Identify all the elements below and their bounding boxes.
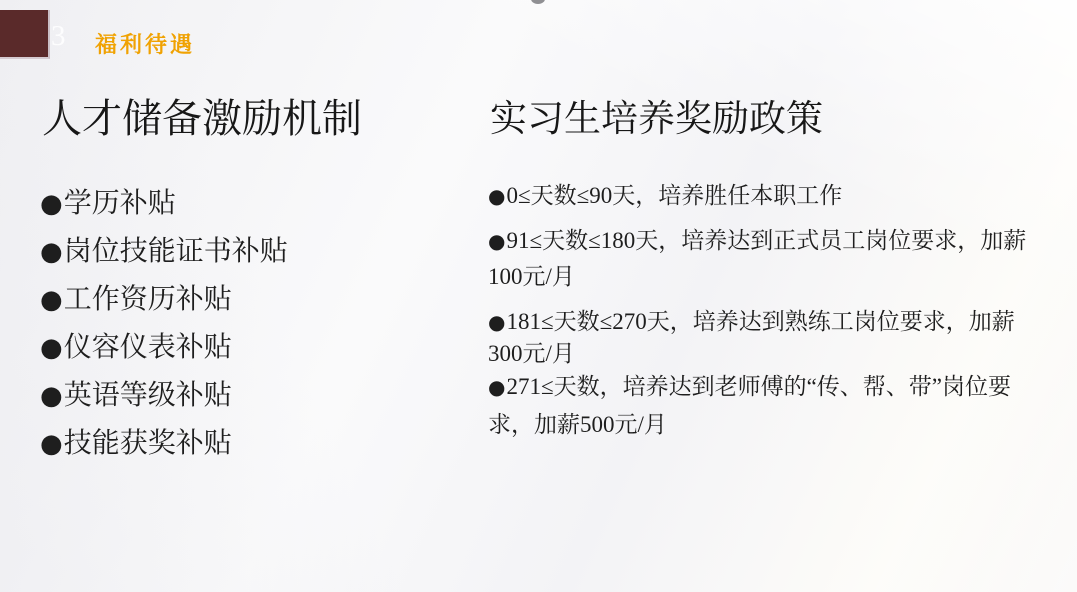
list-item-label: 求，加薪500元/月 [488,412,667,437]
slide-number: 3 [51,20,66,53]
bullet-icon: ● [488,310,505,334]
bullet-icon: ● [40,285,63,315]
slide-top-marker [531,0,545,4]
list-item-line: ●91≤天数≤180天，培养达到正式员工岗位要求，加薪 [488,223,1063,259]
list-item-label: 100元/月 [488,264,575,289]
list-item-label: 91≤天数≤180天，培养达到正式员工岗位要求，加薪 [506,228,1026,253]
list-item: ●英语等级补贴 [40,372,440,420]
list-item-label: 技能获奖补贴 [64,428,232,459]
list-item: ●岗位技能证书补贴 [40,228,440,276]
left-bullet-list: ●学历补贴 ●岗位技能证书补贴 ●工作资历补贴 ●仪容仪表补贴 ●英语等级补贴 … [40,180,440,468]
bullet-icon: ● [488,229,505,253]
slide-section-title: 福利待遇 [95,28,195,59]
list-item-label: 仪容仪表补贴 [64,332,232,363]
list-item-label: 181≤天数≤270天，培养达到熟练工岗位要求，加薪 [506,309,1014,334]
bullet-icon: ● [40,333,63,363]
right-column-heading: 实习生培养奖励政策 [490,101,823,138]
list-item-line: ●271≤天数，培养达到老师傅的“传、帮、带”岗位要 [488,369,1063,405]
right-bullet-list: ●0≤天数≤90天，培养胜任本职工作 ●91≤天数≤180天，培养达到正式员工岗… [488,178,1063,445]
list-item-line: 求，加薪500元/月 [488,405,1063,445]
list-item: ●技能获奖补贴 [40,420,440,468]
list-item-label: 英语等级补贴 [64,380,232,411]
bullet-icon: ● [40,189,63,219]
list-item: ●仪容仪表补贴 [40,324,440,372]
list-item: ●工作资历补贴 [40,276,440,324]
list-item-label: 0≤天数≤90天，培养胜任本职工作 [506,183,842,208]
list-item-label: 300元/月 [488,341,575,366]
list-item-line: 300元/月 [488,338,1063,369]
list-item-label: 岗位技能证书补贴 [64,236,288,267]
list-item-label: 271≤天数，培养达到老师傅的“传、帮、带”岗位要 [506,374,1011,399]
list-item: ●0≤天数≤90天，培养胜任本职工作 [488,178,1063,214]
list-item-line: 100元/月 [488,259,1063,294]
list-item: ●271≤天数，培养达到老师傅的“传、帮、带”岗位要 求，加薪500元/月 [488,369,1063,445]
left-column-heading: 人才储备激励机制 [42,99,362,139]
bullet-icon: ● [488,184,505,208]
bullet-icon: ● [40,381,63,411]
list-item-label: 工作资历补贴 [64,284,232,315]
list-item-label: 学历补贴 [64,188,176,219]
bullet-icon: ● [40,237,63,267]
list-item: ●181≤天数≤270天，培养达到熟练工岗位要求，加薪 300元/月 [488,306,1063,369]
corner-accent-square [0,10,50,59]
bullet-icon: ● [488,375,505,399]
list-item: ●91≤天数≤180天，培养达到正式员工岗位要求，加薪 100元/月 [488,223,1063,294]
list-item-line: ●181≤天数≤270天，培养达到熟练工岗位要求，加薪 [488,306,1063,338]
list-item: ●学历补贴 [40,180,440,228]
list-item-line: ●0≤天数≤90天，培养胜任本职工作 [488,178,1063,214]
bullet-icon: ● [40,429,63,459]
